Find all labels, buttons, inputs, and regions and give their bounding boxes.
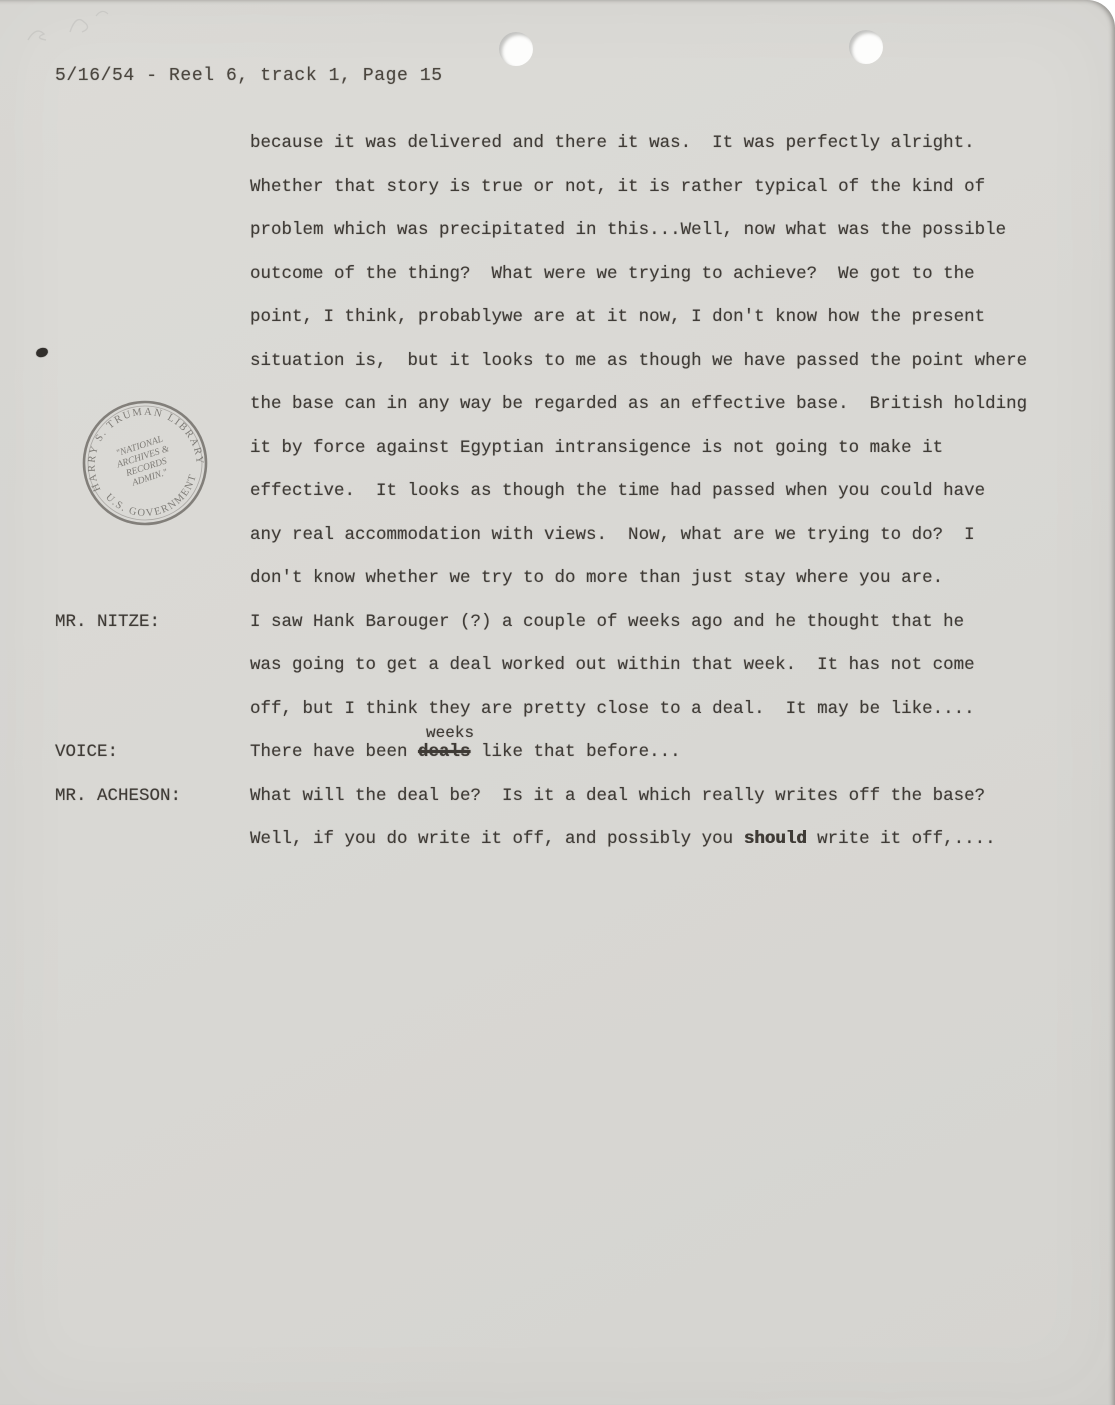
transcript-line: MR. ACHESON:What will the deal be? Is it… xyxy=(0,775,1115,819)
overstruck-word: should xyxy=(744,829,807,849)
line-text: What will the deal be? Is it a deal whic… xyxy=(250,786,985,806)
transcript-line: situation is, but it looks to me as thou… xyxy=(0,340,1115,384)
line-text: it by force against Egyptian intransigen… xyxy=(250,438,943,458)
transcript-line: was going to get a deal worked out withi… xyxy=(0,644,1115,688)
transcript-line: effective. It looks as though the time h… xyxy=(0,470,1115,514)
transcript-line: off, but I think they are pretty close t… xyxy=(0,688,1115,732)
line-text: write it off,.... xyxy=(807,829,996,849)
line-text: like that before... xyxy=(471,742,681,762)
line-text: any real accommodation with views. Now, … xyxy=(250,525,975,545)
transcript-line: it by force against Egyptian intransigen… xyxy=(0,427,1115,471)
transcript-line: point, I think, probablywe are at it now… xyxy=(0,296,1115,340)
speaker-label: VOICE: xyxy=(55,731,118,775)
transcript-line: any real accommodation with views. Now, … xyxy=(0,514,1115,558)
line-text: I saw Hank Barouger (?) a couple of week… xyxy=(250,612,964,632)
line-text: situation is, but it looks to me as thou… xyxy=(250,351,1027,371)
speaker-label: MR. NITZE: xyxy=(55,601,160,645)
line-text: outcome of the thing? What were we tryin… xyxy=(250,264,975,284)
line-text: Whether that story is true or not, it is… xyxy=(250,177,985,197)
transcript-line: problem which was precipitated in this..… xyxy=(0,209,1115,253)
pencil-marks xyxy=(18,2,148,52)
transcript: because it was delivered and there it wa… xyxy=(0,122,1115,862)
transcript-line: because it was delivered and there it wa… xyxy=(0,122,1115,166)
inserted-word: weeks xyxy=(426,725,474,741)
punch-hole-left xyxy=(499,32,533,66)
transcript-line: Whether that story is true or not, it is… xyxy=(0,166,1115,210)
line-text: because it was delivered and there it wa… xyxy=(250,133,975,153)
transcript-line: outcome of the thing? What were we tryin… xyxy=(0,253,1115,297)
speaker-label: MR. ACHESON: xyxy=(55,775,181,819)
line-text: was going to get a deal worked out withi… xyxy=(250,655,975,675)
punch-hole-right xyxy=(849,30,883,64)
transcript-line: the base can in any way be regarded as a… xyxy=(0,383,1115,427)
line-text: problem which was precipitated in this..… xyxy=(250,220,1006,240)
line-text: point, I think, probablywe are at it now… xyxy=(250,307,985,327)
line-text: effective. It looks as though the time h… xyxy=(250,481,985,501)
line-text: don't know whether we try to do more tha… xyxy=(250,568,943,588)
transcript-line: don't know whether we try to do more tha… xyxy=(0,557,1115,601)
transcript-line: Well, if you do write it off, and possib… xyxy=(0,818,1115,862)
line-text: the base can in any way be regarded as a… xyxy=(250,394,1027,414)
transcript-line: MR. NITZE:I saw Hank Barouger (?) a coup… xyxy=(0,601,1115,645)
document-page: 5/16/54 - Reel 6, track 1, Page 15 HARRY… xyxy=(0,0,1115,1405)
struck-word: dealsweeks xyxy=(418,742,471,762)
transcript-line: VOICE:There have been dealsweeks like th… xyxy=(0,731,1115,775)
page-header: 5/16/54 - Reel 6, track 1, Page 15 xyxy=(55,66,443,86)
line-text: off, but I think they are pretty close t… xyxy=(250,699,975,719)
line-text: Well, if you do write it off, and possib… xyxy=(250,829,744,849)
line-text: There have been xyxy=(250,742,418,762)
